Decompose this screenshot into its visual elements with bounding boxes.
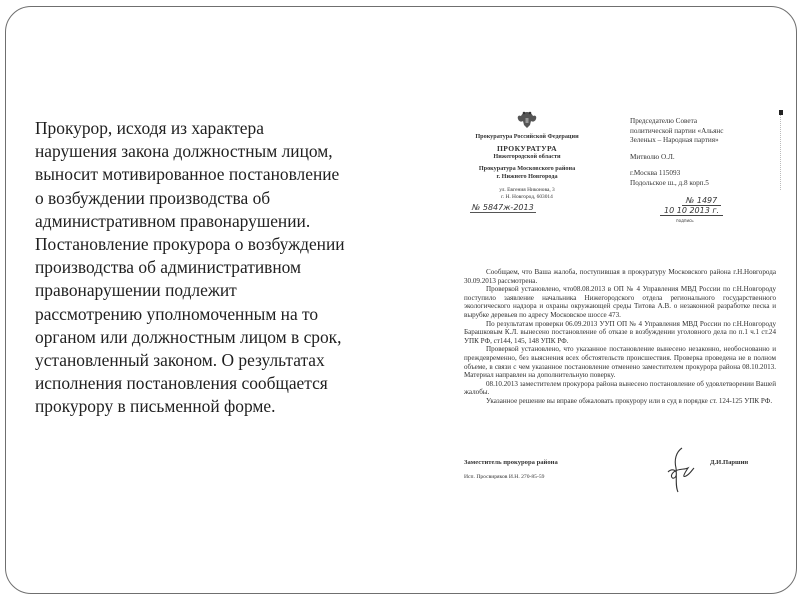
body-line: установленный законом. О результатах bbox=[35, 349, 440, 372]
body-line: органом или должностным лицом в срок, bbox=[35, 326, 440, 349]
recipient-line: Председателю Совета bbox=[630, 117, 785, 127]
signature-block: Заместитель прокурора района Исп. Просви… bbox=[464, 452, 776, 502]
recipient-line: Зеленых – Народная партия» bbox=[630, 136, 785, 146]
letter-paragraph: Сообщаем, что Ваша жалоба, поступившая в… bbox=[464, 268, 776, 285]
recipient-line: политической партии «Альянс bbox=[630, 127, 785, 137]
slide-body-text: Прокурор, исходя из характера нарушения … bbox=[35, 117, 440, 419]
sender-org-title: ПРОКУРАТУРА bbox=[452, 145, 602, 153]
executor-line: Исп. Просвиряков И.Н. 270-85-59 bbox=[464, 474, 544, 480]
body-line: нарушения закона должностным лицом, bbox=[35, 140, 440, 163]
scanned-letter-image: Прокуратура Российской Федерации ПРОКУРА… bbox=[452, 100, 790, 505]
sender-org-city: г. Нижнего Новгорода bbox=[452, 173, 602, 181]
body-line: правонарушении подлежит bbox=[35, 279, 440, 302]
letter-paragraph: По результатам проверки 06.09.2013 УУП О… bbox=[464, 320, 776, 346]
body-line: Прокурор, исходя из характера bbox=[35, 117, 440, 140]
recipient-name: Митволю О.Л. bbox=[630, 153, 785, 163]
body-line: административном правонарушении. bbox=[35, 210, 440, 233]
recipient-header: Председателю Совета политической партии … bbox=[630, 117, 785, 226]
body-line: Постановление прокурора о возбуждении bbox=[35, 233, 440, 256]
sender-org-federal: Прокуратура Российской Федерации bbox=[452, 133, 602, 141]
body-line: исполнения постановления сообщается bbox=[35, 372, 440, 395]
sender-reg-number: № 5847ж-2013 bbox=[452, 204, 602, 212]
coat-of-arms-icon bbox=[516, 110, 538, 130]
body-line: о возбуждении производства об bbox=[35, 187, 440, 210]
sender-header: Прокуратура Российской Федерации ПРОКУРА… bbox=[452, 110, 602, 212]
sender-address-city: г. Н. Новгород, 603014 bbox=[452, 194, 602, 201]
sender-org-region: Нижегородской области bbox=[452, 153, 602, 161]
signer-role: Заместитель прокурора района bbox=[464, 459, 558, 466]
letter-body: Сообщаем, что Ваша жалоба, поступившая в… bbox=[464, 268, 776, 406]
signer-name: Д.И.Паршин bbox=[710, 459, 748, 466]
letter-paragraph: Проверкой установлено, что указанное пос… bbox=[464, 345, 776, 379]
letter-paragraph: Указанное решение вы вправе обжаловать п… bbox=[464, 397, 776, 406]
body-line: производства об административном bbox=[35, 256, 440, 279]
sender-org-district: Прокуратура Московского района bbox=[452, 165, 602, 173]
body-line: выносит мотивированное постановление bbox=[35, 163, 440, 186]
recipient-street: Подольское ш., д.8 корп.5 bbox=[630, 179, 785, 189]
body-line: прокурору в письменной форме. bbox=[35, 395, 440, 418]
body-line: рассмотрению уполномоченным на то bbox=[35, 303, 440, 326]
handwritten-signature-icon bbox=[662, 446, 696, 494]
recipient-city: г.Москва 115093 bbox=[630, 169, 785, 179]
outgoing-number: № 1497 10 10 2013 г. подпись bbox=[630, 196, 785, 226]
letter-paragraph: Проверкой установлено, что08.08.2013 в О… bbox=[464, 285, 776, 319]
letter-paragraph: 08.10.2013 заместителем прокурора района… bbox=[464, 380, 776, 397]
